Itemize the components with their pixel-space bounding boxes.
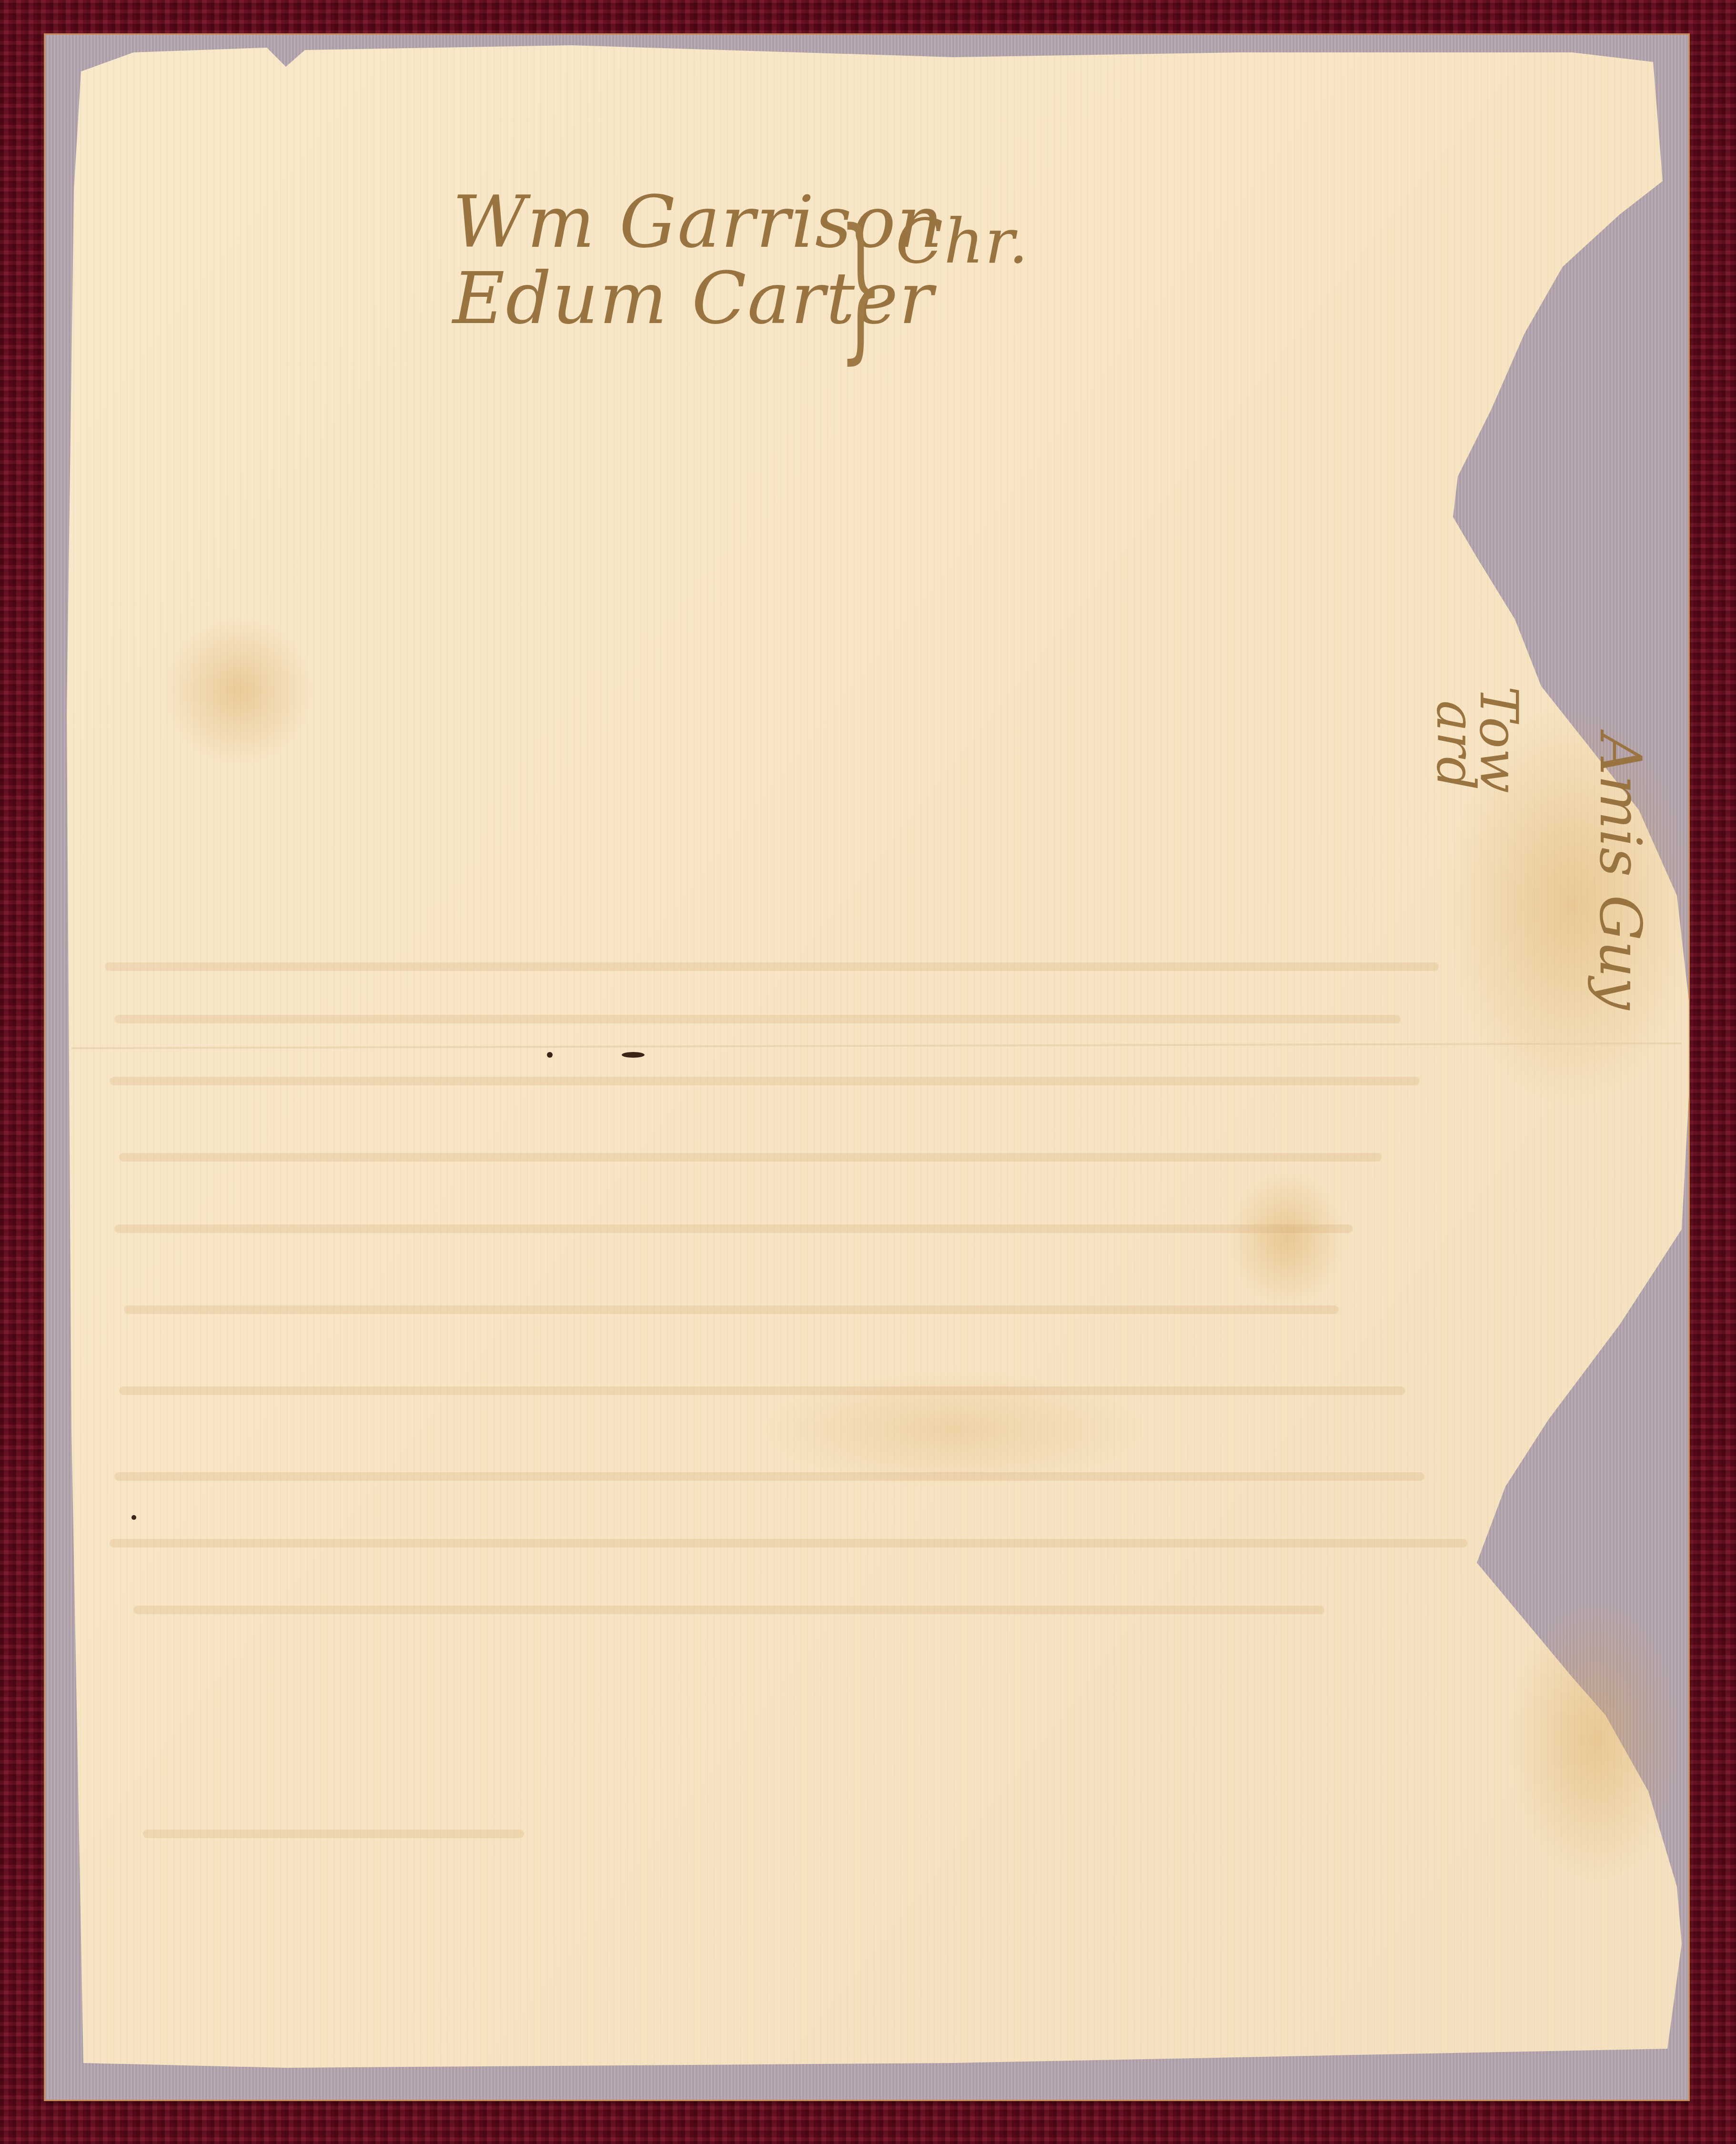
ink-speck	[547, 1052, 553, 1058]
bleed-through-line	[124, 1305, 1339, 1314]
bleed-through-line	[114, 1224, 1353, 1233]
annotation-suffix: Chr.	[896, 205, 1029, 277]
bleed-through-line	[133, 1606, 1324, 1614]
foxing-stain	[162, 615, 314, 767]
bleed-through-line	[114, 1472, 1424, 1481]
foxing-stain	[1510, 1596, 1682, 1882]
bleed-through-line	[114, 1015, 1401, 1023]
bleed-through-line	[143, 1830, 524, 1838]
ink-speck	[131, 1515, 136, 1520]
foxing-stain	[1229, 1172, 1343, 1305]
bleed-through-line	[110, 1539, 1467, 1547]
margin-annotation-line-c: Amis Guy	[1587, 734, 1653, 1010]
margin-annotation-line-b: ard	[1425, 700, 1486, 790]
annotation-brace: }	[838, 195, 884, 378]
ink-speck	[622, 1052, 645, 1058]
bleed-through-line	[119, 1153, 1382, 1162]
bleed-through-line	[110, 1077, 1420, 1085]
bleed-through-line	[119, 1386, 1405, 1395]
bleed-through-line	[105, 962, 1439, 971]
